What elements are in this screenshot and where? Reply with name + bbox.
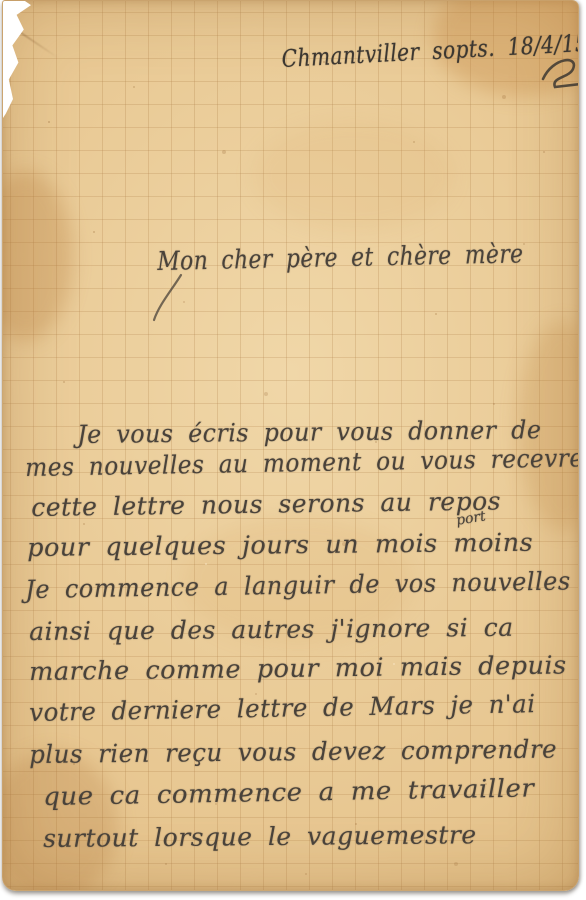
handwritten-line: que ca commence a me travailler (43, 773, 535, 811)
handwriting-layer: Chmantviller sopts. 18/4/15 Mon cher pèr… (3, 1, 578, 890)
handwritten-line: votre derniere lettre de Mars je n'ai (29, 689, 536, 727)
insertion-word: port (455, 508, 487, 528)
date-flourish-mark (539, 53, 579, 101)
handwritten-line: ainsi que des autres j'ignore si ca (29, 613, 514, 646)
salutation-flourish-mark (151, 273, 187, 323)
handwritten-line: marche comme pour moi mais depuis (29, 650, 567, 686)
letter-scan: { "document": { "kind": "scanned handwri… (0, 0, 586, 900)
handwritten-line: surtout lorsque le vaguemestre (43, 820, 477, 853)
handwritten-line: mes nouvelles au moment ou vous recevrez (25, 443, 579, 482)
handwritten-line: Je commence a languir de vos nouvelles (25, 566, 571, 604)
handwritten-line: plus rien reçu vous devez comprendre (29, 734, 557, 769)
handwritten-line: cette lettre nous serons au repos (31, 486, 501, 522)
salutation-text: Mon cher père et chère mère (157, 239, 524, 277)
handwritten-line: Je vous écris pour vous donner de (77, 415, 542, 449)
dateline-text: Chmantviller sopts. 18/4/15 (281, 29, 579, 73)
paper-sheet: Chmantviller sopts. 18/4/15 Mon cher pèr… (2, 0, 579, 891)
handwritten-line: pour quelques jours un mois moins (27, 528, 533, 562)
